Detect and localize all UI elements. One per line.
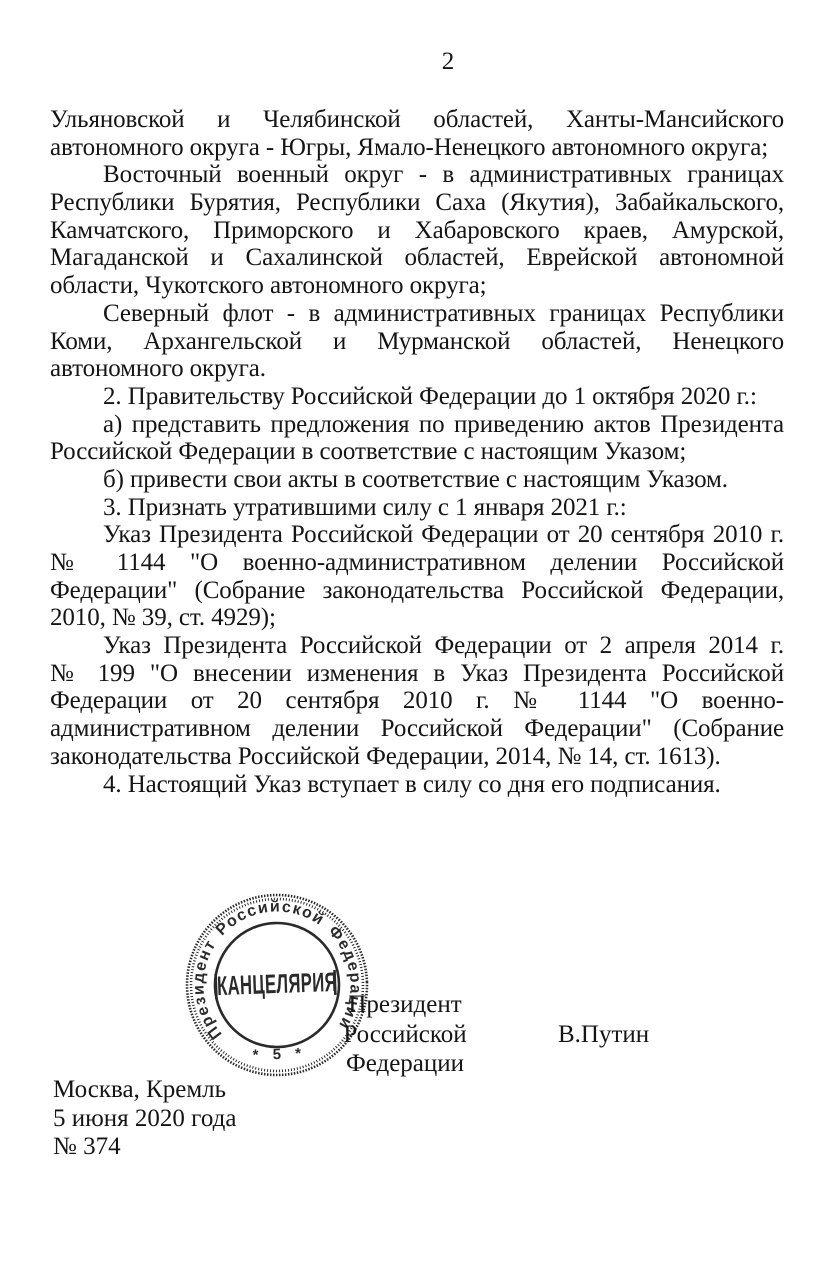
- text-line: Северный флот - в административных грани…: [50, 300, 784, 328]
- text-line: автономного округа.: [50, 355, 784, 383]
- stamp-center-text: КАНЦЕЛЯРИЯ: [217, 967, 338, 1001]
- document-page: 2 Ульяновской и Челябинской областей, Ха…: [0, 0, 840, 1280]
- text-line: Камчатского, Приморского и Хабаровского …: [50, 217, 784, 245]
- text-line: № 1144 "О военно-административном делени…: [50, 549, 784, 577]
- text-line: Республики Бурятия, Республики Саха (Яку…: [50, 189, 784, 217]
- text-line: 4. Настоящий Указ вступает в силу со дня…: [50, 771, 784, 799]
- text-line: Коми, Архангельской и Мурманской областе…: [50, 328, 784, 356]
- text-line: б) привести свои акты в соответствие с н…: [50, 466, 784, 494]
- text-line: 2. Правительству Российской Федерации до…: [50, 383, 784, 411]
- paragraph: 4. Настоящий Указ вступает в силу со дня…: [50, 771, 784, 799]
- text-line: автономного округа - Югры, Ямало-Ненецко…: [50, 134, 784, 162]
- text-line: Восточный военный округ - в администрати…: [50, 161, 784, 189]
- text-line: области, Чукотского автономного округа;: [50, 272, 784, 300]
- page-number: 2: [56, 48, 840, 75]
- issue-date: 5 июня 2020 года: [53, 1105, 236, 1134]
- text-line: Российской Федерации в соответствие с на…: [50, 438, 784, 466]
- chancellery-stamp-icon: Президент Российской Федерации КАНЦЕЛЯРИ…: [177, 885, 377, 1085]
- paragraph: Северный флот - в административных грани…: [50, 300, 784, 383]
- stamp-bottom-text: * 5 *: [252, 1045, 306, 1064]
- paragraph: а) представить предложения по приведению…: [50, 411, 784, 466]
- text-line: Указ Президента Российской Федерации от …: [50, 521, 784, 549]
- text-line: Указ Президента Российской Федерации от …: [50, 632, 784, 660]
- paragraph: Указ Президента Российской Федерации от …: [50, 521, 784, 632]
- signatory-name: В.Путин: [558, 1020, 649, 1050]
- text-line: а) представить предложения по приведению…: [50, 411, 784, 439]
- text-line: Ульяновской и Челябинской областей, Хант…: [50, 106, 784, 134]
- paragraph: Указ Президента Российской Федерации от …: [50, 632, 784, 770]
- paragraph: Восточный военный округ - в администрати…: [50, 161, 784, 299]
- paragraph: 2. Правительству Российской Федерации до…: [50, 383, 784, 411]
- text-line: законодательства Российской Федерации, 2…: [50, 743, 784, 771]
- paragraph: б) привести свои акты в соответствие с н…: [50, 466, 784, 494]
- text-line: 3. Признать утратившими силу с 1 января …: [50, 494, 784, 522]
- text-line: № 199 "О внесении изменения в Указ Прези…: [50, 660, 784, 688]
- text-line: Федерации" (Собрание законодательства Ро…: [50, 577, 784, 605]
- text-line: Магаданской и Сахалинской областей, Евре…: [50, 244, 784, 272]
- decree-number: № 374: [53, 1133, 236, 1162]
- text-line: административном делении Российской Феде…: [50, 715, 784, 743]
- document-body: Ульяновской и Челябинской областей, Хант…: [50, 106, 784, 798]
- paragraph: 3. Признать утратившими силу с 1 января …: [50, 494, 784, 522]
- text-line: Федерации от 20 сентября 2010 г. № 1144 …: [50, 687, 784, 715]
- paragraph: Ульяновской и Челябинской областей, Хант…: [50, 106, 784, 161]
- text-line: 2010, № 39, ст. 4929);: [50, 604, 784, 632]
- issue-details: Москва, Кремль 5 июня 2020 года № 374: [53, 1076, 236, 1162]
